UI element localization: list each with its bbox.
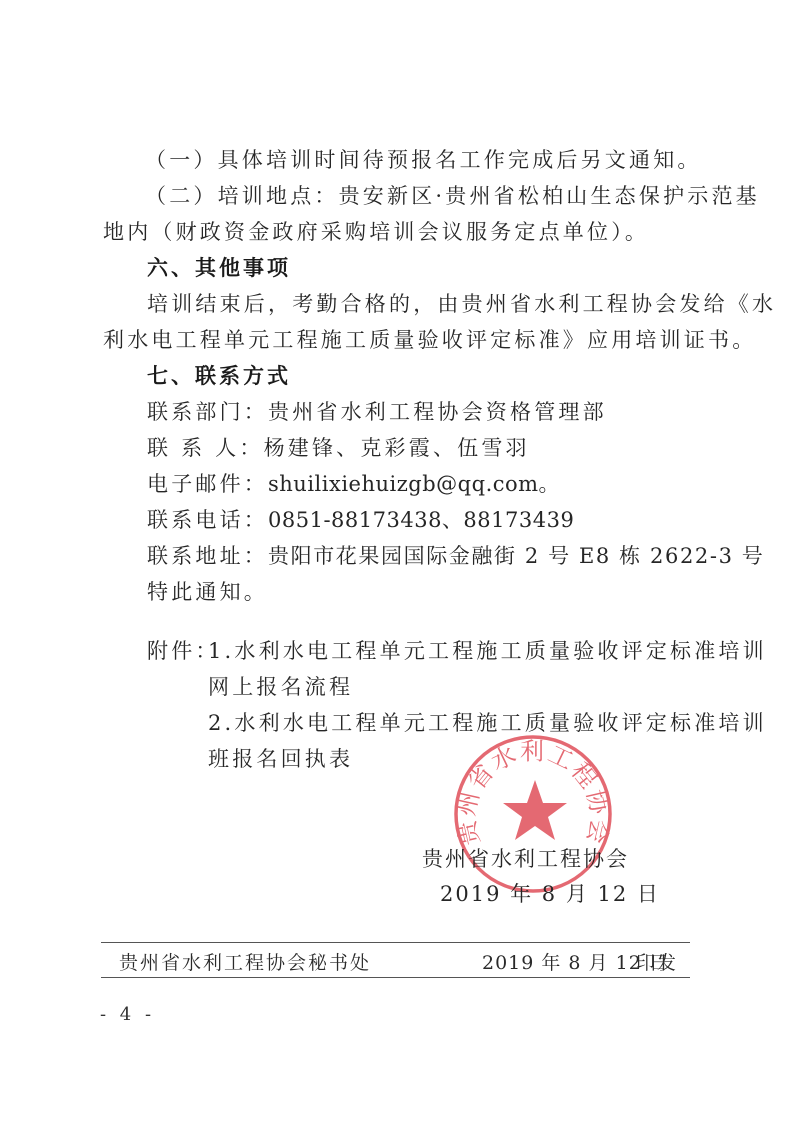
contact-phone: 联系电话：0851-88173438、88173439 xyxy=(147,506,574,534)
footer-bottom-rule xyxy=(101,977,690,978)
contact-person: 联 系 人：杨建锋、克彩霞、伍雪羽 xyxy=(147,434,530,462)
contact-address: 联系地址：贵阳市花果园国际金融街 2 号 E8 栋 2622-3 号 xyxy=(147,542,764,570)
paragraph-training-location-line1: （二）培训地点：贵安新区·贵州省松柏山生态保护示范基 xyxy=(145,182,760,210)
closing-notice: 特此通知。 xyxy=(147,578,268,606)
signature-organization: 贵州省水利工程协会 xyxy=(422,845,629,873)
contact-address-value: 贵阳市花果园国际金融街 2 号 E8 栋 2622-3 号 xyxy=(268,544,764,568)
attachment-item-2-line2: 班报名回执表 xyxy=(208,745,353,773)
attachment-item-1-line1: 1.水利水电工程单元工程施工质量验收评定标准培训 xyxy=(208,637,767,665)
contact-department-label: 联系部门： xyxy=(147,398,268,426)
contact-phone-value: 0851-88173438、88173439 xyxy=(268,508,574,532)
paragraph-certificate-line2: 利水电工程单元工程施工质量验收评定标准》应用培训证书。 xyxy=(103,326,756,354)
contact-email: 电子邮件：shuilixiehuizgb@qq.com。 xyxy=(147,470,560,498)
contact-person-label: 联 系 人： xyxy=(147,434,264,462)
contact-department: 联系部门：贵州省水利工程协会资格管理部 xyxy=(147,398,607,426)
contact-email-value[interactable]: shuilixiehuizgb@qq.com。 xyxy=(268,472,560,496)
footer-issuer: 贵州省水利工程协会秘书处 xyxy=(119,950,371,976)
signature-date: 2019 年 8 月 12 日 xyxy=(440,880,660,908)
document-page: （一）具体培训时间待预报名工作完成后另文通知。 （二）培训地点：贵安新区·贵州省… xyxy=(0,0,792,1121)
attachment-item-2-line1: 2.水利水电工程单元工程施工质量验收评定标准培训 xyxy=(208,709,767,737)
paragraph-training-location-line2: 地内（财政资金政府采购培训会议服务定点单位）。 xyxy=(103,218,649,246)
footer-issued: 印发 xyxy=(636,950,678,976)
page-number: - 4 - xyxy=(100,1004,155,1025)
section-heading-contact: 七、联系方式 xyxy=(147,362,291,390)
contact-department-value: 贵州省水利工程协会资格管理部 xyxy=(268,400,607,424)
contact-phone-label: 联系电话： xyxy=(147,506,268,534)
contact-email-label: 电子邮件： xyxy=(147,470,268,498)
svg-text:贵州省水利工程协会: 贵州省水利工程协会 xyxy=(452,737,614,848)
contact-address-label: 联系地址： xyxy=(147,542,268,570)
paragraph-certificate-line1: 培训结束后，考勤合格的，由贵州省水利工程协会发给《水 xyxy=(147,290,776,318)
contact-person-value: 杨建锋、克彩霞、伍雪羽 xyxy=(264,436,530,460)
attachment-item-1-line2: 网上报名流程 xyxy=(208,673,353,701)
paragraph-training-time: （一）具体培训时间待预报名工作完成后另文通知。 xyxy=(145,146,702,174)
footer-top-rule xyxy=(101,942,690,943)
section-heading-other-matters: 六、其他事项 xyxy=(147,254,291,282)
